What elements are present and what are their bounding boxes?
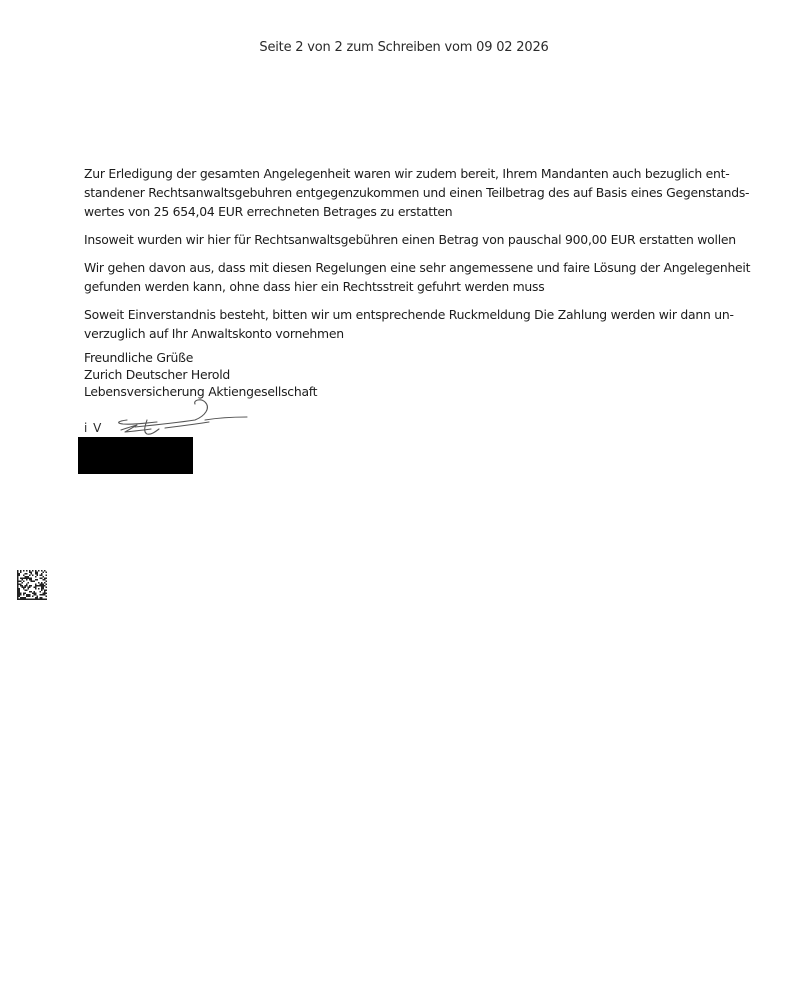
paragraph-settlement-offer: Zur Erledigung der gesamten Angelegenhei… (84, 164, 734, 221)
text-line: wertes von 25 654,04 EUR errechneten Bet… (84, 202, 734, 221)
iv-label: i V (84, 421, 102, 435)
paragraph-fair-solution: Wir gehen davon aus, dass mit diesen Reg… (84, 258, 734, 296)
text-line: Zur Erledigung der gesamten Angelegenhei… (84, 164, 734, 183)
closing-block: Freundliche Grüße Zurich Deutscher Herol… (84, 349, 317, 400)
text-line: gefunden werden kann, ohne dass hier ein… (84, 277, 734, 296)
text-line: standener Rechtsanwaltsgebuhren entgegen… (84, 183, 734, 202)
page-header: Seite 2 von 2 zum Schreiben vom 09 02 20… (0, 40, 808, 55)
paragraph-payment: Soweit Einverstandnis besteht, bitten wi… (84, 305, 734, 343)
text-line: Soweit Einverstandnis besteht, bitten wi… (84, 305, 734, 324)
paragraph-lump-sum: Insoweit wurden wir hier für Rechtsanwal… (84, 230, 734, 249)
text-line: Wir gehen davon aus, dass mit diesen Reg… (84, 258, 734, 277)
text-line: verzuglich auf Ihr Anwaltskonto vornehme… (84, 324, 734, 343)
redacted-name-block (78, 437, 193, 474)
text-line: Insoweit wurden wir hier für Rechtsanwal… (84, 230, 734, 249)
company-name: Zurich Deutscher Herold (84, 366, 317, 383)
signature-icon (105, 398, 255, 440)
datamatrix-code-icon (17, 570, 47, 600)
greeting: Freundliche Grüße (84, 349, 317, 366)
letter-body: Zur Erledigung der gesamten Angelegenhei… (84, 164, 734, 352)
